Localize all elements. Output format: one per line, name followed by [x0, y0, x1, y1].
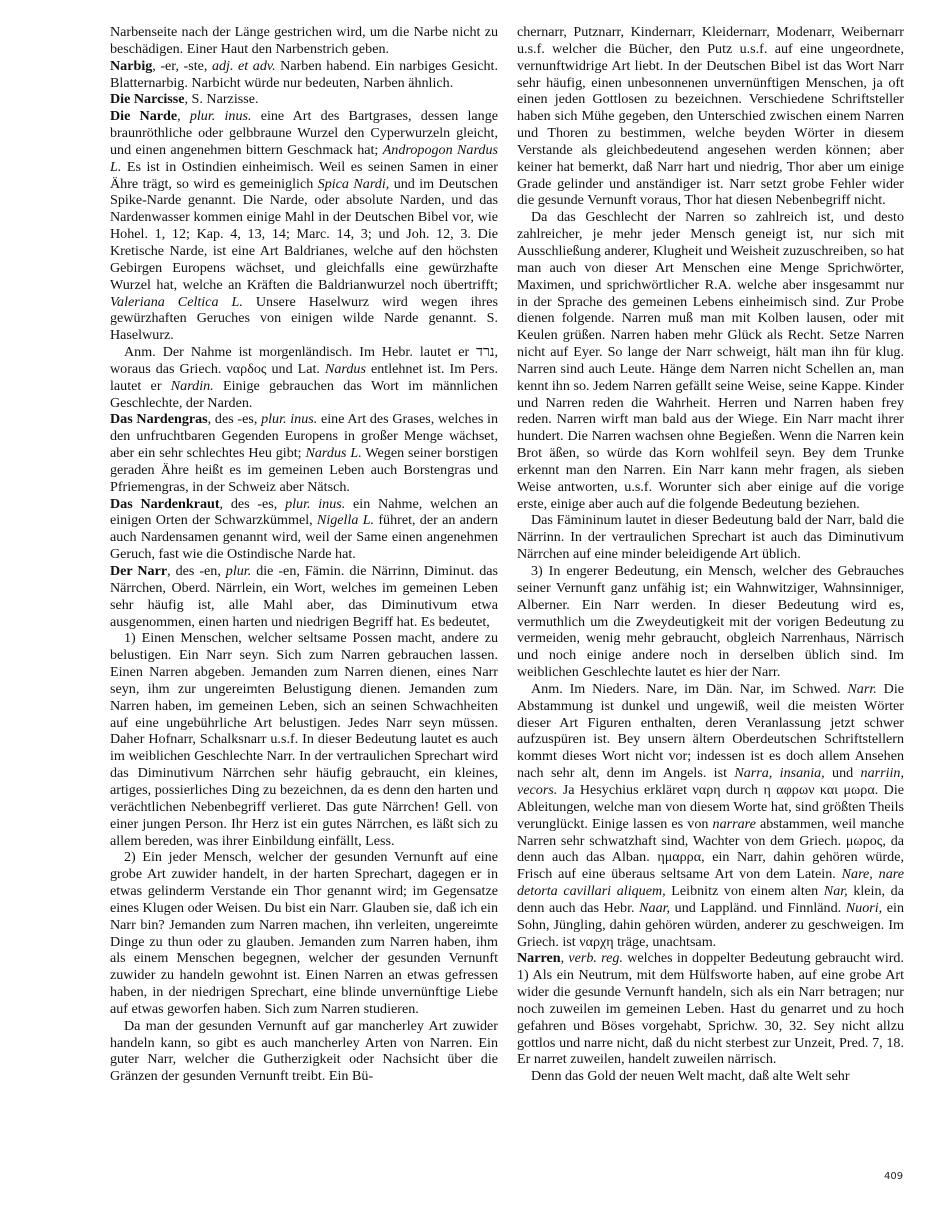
- page-number: 409: [884, 1171, 903, 1182]
- headword: Narbig: [110, 58, 152, 74]
- paragraph: 2) Ein jeder Mensch, welcher der gesunde…: [110, 849, 498, 1017]
- dictionary-entry: Der Narr, des -en, plur. die -en, Fämin.…: [110, 563, 498, 630]
- italic-term: plur.: [226, 563, 251, 579]
- dictionary-entry: Die Narde, plur. inus. eine Art des Bart…: [110, 108, 498, 344]
- headword: Die Narcisse: [110, 91, 185, 107]
- paragraph: Das Fämininum lautet in dieser Bedeutung…: [517, 512, 904, 563]
- text-run: , des -es,: [220, 496, 286, 512]
- italic-term: plur. inus.: [285, 496, 345, 512]
- text-run: Anm. Im Nieders. Nare, im Dän. Nar, im S…: [531, 681, 847, 697]
- headword: Der Narr: [110, 563, 167, 579]
- text-run: , S. Narzisse.: [185, 91, 259, 107]
- italic-term: Nardus: [325, 361, 366, 377]
- right-column: chernarr, Putznarr, Kindernarr, Kleidern…: [517, 24, 904, 1085]
- dictionary-entry: Narbig, -er, -ste, adj. et adv. Narben h…: [110, 58, 498, 92]
- paragraph: Denn das Gold der neuen Welt macht, daß …: [517, 1068, 904, 1085]
- paragraph: 3) In engerer Bedeutung, ein Mensch, wel…: [517, 563, 904, 681]
- italic-term: Narra, insania,: [734, 765, 824, 781]
- text-run: , des -en,: [167, 563, 226, 579]
- headword: Die Narde: [110, 108, 177, 124]
- text-run: Da das Geschlecht der Narren so zahlreic…: [517, 209, 904, 511]
- text-run: , -er, -ste,: [152, 58, 212, 74]
- paragraph: Anm. Der Nahme ist morgenländisch. Im He…: [110, 344, 498, 411]
- italic-term: Valeriana Celtica L.: [110, 294, 243, 310]
- left-column: Narbenseite nach der Länge gestrichen wi…: [110, 24, 498, 1085]
- italic-term: adj. et adv.: [212, 58, 276, 74]
- italic-term: Nigella L.: [317, 512, 374, 528]
- italic-term: Naar,: [639, 900, 670, 916]
- dictionary-entry: Die Narcisse, S. Narzisse.: [110, 91, 498, 108]
- italic-term: verb. reg.: [568, 950, 623, 966]
- text-run: Leibnitz von einem alten: [666, 883, 824, 899]
- paragraph: Narbenseite nach der Länge gestrichen wi…: [110, 24, 498, 58]
- text-run: chernarr, Putznarr, Kindernarr, Kleidern…: [517, 24, 904, 208]
- text-run: Denn das Gold der neuen Welt macht, daß …: [531, 1068, 850, 1084]
- text-run: Da man der gesunden Vernunft auf gar man…: [110, 1018, 498, 1085]
- dictionary-entry: Narren, verb. reg. welches in doppelter …: [517, 950, 904, 1068]
- text-run: Das Fämininum lautet in dieser Bedeutung…: [517, 512, 904, 562]
- italic-term: Spica Nardi,: [318, 176, 390, 192]
- dictionary-entry: Das Nardengras, des -es, plur. inus. ein…: [110, 411, 498, 495]
- italic-term: narrare: [713, 816, 756, 832]
- text-run: ,: [177, 108, 190, 124]
- paragraph: Da das Geschlecht der Narren so zahlreic…: [517, 209, 904, 512]
- text-run: und im Deutschen Spike-Narde genannt. Di…: [110, 176, 498, 293]
- text-run: , des -es,: [208, 411, 261, 427]
- paragraph: 1) Einen Menschen, welcher seltsame Poss…: [110, 630, 498, 849]
- italic-term: Nar,: [824, 883, 848, 899]
- italic-term: plur. inus.: [190, 108, 252, 124]
- text-run: Narbenseite nach der Länge gestrichen wi…: [110, 24, 498, 57]
- text-run: 1) Einen Menschen, welcher seltsame Poss…: [110, 630, 498, 848]
- text-run: 3) In engerer Bedeutung, ein Mensch, wel…: [517, 563, 904, 680]
- text-run: welches in doppelter Bedeutung gebraucht…: [517, 950, 904, 1067]
- text-run: 2) Ein jeder Mensch, welcher der gesunde…: [110, 849, 498, 1017]
- text-run: und: [825, 765, 861, 781]
- italic-term: Nardus L.: [305, 445, 361, 461]
- headword: Das Nardenkraut: [110, 496, 220, 512]
- italic-term: Narr.: [847, 681, 876, 697]
- paragraph: chernarr, Putznarr, Kindernarr, Kleidern…: [517, 24, 904, 209]
- italic-term: Nardin.: [171, 378, 214, 394]
- paragraph: Da man der gesunden Vernunft auf gar man…: [110, 1018, 498, 1085]
- headword: Das Nardengras: [110, 411, 208, 427]
- text-run: und Lappländ. und Finnländ.: [670, 900, 846, 916]
- headword: Narren: [517, 950, 561, 966]
- dictionary-entry: Das Nardenkraut, des -es, plur. inus. ei…: [110, 496, 498, 563]
- italic-term: plur. inus.: [261, 411, 317, 427]
- paragraph: Anm. Im Nieders. Nare, im Dän. Nar, im S…: [517, 681, 904, 951]
- italic-term: Nuori,: [846, 900, 882, 916]
